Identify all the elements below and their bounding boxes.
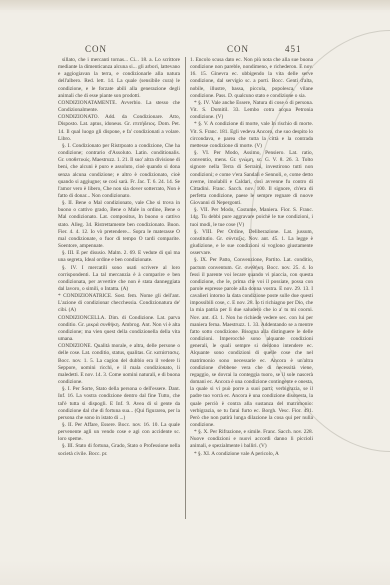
right-column: 1. Encolo scusa dato ec. Non più nota ch… [190, 57, 313, 458]
entry-paragraph: §. I. Condizionato per Ristrpoato a cond… [58, 143, 180, 200]
entry-condizione: CONDIZIONE. Qualità morale, e altra, del… [58, 343, 180, 386]
entry-paragraph: §. III. Stato di fortuna, Grado, Stato o… [58, 443, 180, 457]
entry-paragraph: §. II. Bene o Mal condizionato, vale Che… [58, 200, 180, 250]
entry-paragraph: 1. Encolo scusa dato ec. Non più nota ch… [190, 57, 313, 100]
entry-paragraph: §. I. Per Sorte, Stato della persona o d… [58, 386, 180, 422]
entry-paragraph: * §. X. Per Rifrazione, e simile. Franc.… [190, 429, 313, 450]
running-header: CON CON 451 [0, 44, 390, 56]
entry-paragraph: §. VI. Per Modo, Assimo, Pensiero. Lat. … [190, 150, 313, 207]
page-number: 451 [285, 44, 302, 54]
entry-paragraph: §. IV. I mercatili sono usati scrivere a… [58, 265, 180, 294]
column-divider [185, 57, 186, 519]
entry-paragraph: §. VIII. Per Ordine, Deliberazione. Lat.… [190, 229, 313, 258]
left-column: sillato, che i mercanti tornas... Ci... … [58, 57, 180, 458]
entry-condizionato: CONDIZIONATO. Add. da Condizionare. Atto… [58, 114, 180, 143]
right-running-head: CON [227, 44, 249, 54]
entry-paragraph: sillato, che i mercanti tornas... Ci... … [58, 57, 180, 100]
entry-condizioncella: CONDIZIONCELLA. Dim. di Condizione. Lat.… [58, 315, 180, 344]
entry-paragraph: §. IX. Per Patto, Convenzione, Partito. … [190, 257, 313, 429]
entry-paragraph: * §. XI. A condizione vale A pericolo, A [190, 451, 313, 458]
page-top-shadow [0, 0, 390, 10]
entry-paragraph: §. VII. Per Modo, Costume, Maniera. Fior… [190, 207, 313, 228]
left-running-head: CON [85, 44, 107, 54]
entry-paragraph: * §. V. A condizione di morte, vale In r… [190, 121, 313, 150]
entry-paragraph: §. III. E per disusio. Malm. 2. 69. E ve… [58, 250, 180, 264]
entry-condizionatamente: CONDIZIONATAMENTE. Avverbio. La stesso c… [58, 100, 180, 114]
document-page: CON CON 451 sillato, che i mercanti torn… [0, 0, 390, 585]
entry-paragraph: * §. IV. Vale anche Essere, Natura di co… [190, 100, 313, 121]
entry-paragraph: §. II. Per Affare, Essere. Bocc. nov. 16… [58, 422, 180, 443]
entry-condizionatrice: * CONDIZIONATRICE. Sost. fem. Nome gli d… [58, 293, 180, 314]
